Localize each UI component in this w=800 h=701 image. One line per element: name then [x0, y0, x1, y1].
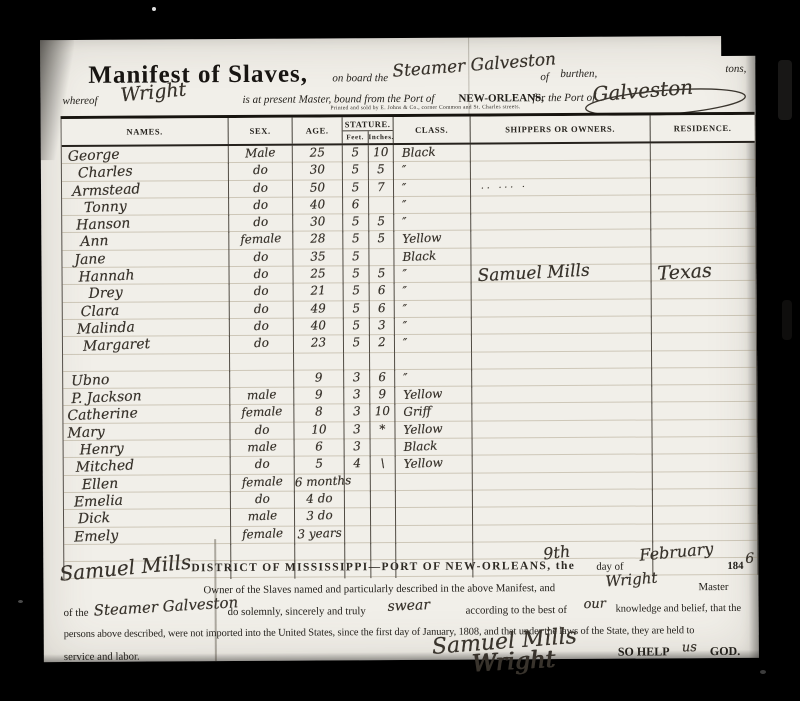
cell-feet: 5 — [343, 145, 369, 161]
cell-feet — [345, 508, 370, 509]
cell-feet: 4 — [344, 456, 370, 472]
cell-age: 6 — [294, 439, 344, 456]
cell-inches — [371, 491, 395, 492]
cell-feet — [345, 473, 370, 474]
cell-inches: 6 — [369, 283, 394, 299]
cell-class: ″ — [394, 264, 471, 282]
cell-class: Yellow — [395, 385, 472, 403]
column-header-names: NAMES. — [62, 118, 229, 145]
our-handwriting: our — [583, 596, 606, 612]
scanned-manifest-page: { "colors": { "background": "#000000", "… — [0, 0, 800, 701]
scan-noise-dot — [18, 600, 23, 603]
cell-class: Yellow — [395, 420, 472, 438]
cell-feet: 5 — [343, 179, 369, 195]
cell-class: Yellow — [395, 455, 472, 473]
column-header-residence: RESIDENCE. — [651, 115, 755, 142]
cell-inches — [369, 248, 393, 249]
table-header-row: NAMES. SEX. AGE. STATURE. Feet. Inches. … — [62, 115, 755, 147]
day-handwriting: 9th — [542, 542, 571, 564]
cell-inches — [370, 352, 394, 353]
cell-feet — [345, 543, 370, 544]
cell-name: Emely — [64, 528, 119, 545]
cell-inches: 7 — [369, 179, 394, 195]
master-line-post: for the Port of — [532, 92, 595, 104]
cell-class: ″ — [394, 161, 471, 179]
cell-name: Ellen — [64, 476, 119, 493]
us-handwriting: us — [682, 640, 698, 656]
cell-age: 9 — [294, 369, 344, 386]
cell-sex: Male — [229, 145, 293, 163]
scan-noise-dot — [152, 7, 156, 11]
cell-feet: 3 — [344, 439, 370, 455]
cell-feet: 3 — [344, 404, 370, 420]
cell-feet: 3 — [344, 387, 370, 403]
feet-label: Feet. — [343, 131, 369, 143]
cell-feet: 3 — [344, 422, 370, 438]
cell-age: 6 months — [295, 473, 345, 490]
cell-name: Catherine — [63, 407, 138, 425]
cell-feet — [344, 352, 369, 353]
cell-age: 4 do — [295, 490, 345, 507]
cell-name: Mary — [63, 425, 105, 442]
cell-name: Dick — [64, 511, 111, 528]
cell-sex: do — [231, 490, 295, 508]
scan-noise-patch — [778, 60, 792, 120]
cell-sex: do — [230, 318, 294, 336]
cell-age: 8 — [294, 404, 344, 421]
cell-feet: 5 — [343, 249, 369, 265]
cell-sex: do — [229, 162, 293, 180]
cell-name: Hanson — [62, 217, 131, 235]
stature-label: STATURE. — [343, 117, 393, 131]
cell-feet — [345, 491, 370, 492]
cell-age: 25 — [293, 266, 343, 283]
cell-name: Hannah — [62, 268, 135, 286]
cell-sex: do — [229, 300, 293, 318]
cell-age: 3 do — [295, 508, 345, 525]
cell-class: ″ — [395, 334, 472, 352]
cell-inches — [371, 473, 395, 474]
cell-inches: 10 — [369, 145, 394, 161]
cell-class: ″ — [394, 178, 471, 196]
cell-feet: 5 — [343, 300, 369, 316]
cell-inches: \ — [370, 456, 395, 472]
cell-class: Yellow — [394, 230, 471, 248]
scan-noise-dot — [760, 670, 766, 674]
whereof-label: whereof — [62, 95, 97, 107]
cell-feet: 3 — [344, 370, 370, 386]
district-line: DISTRICT OF MISSISSIPPI—PORT OF NEW-ORLE… — [191, 560, 575, 574]
cell-age: 10 — [294, 421, 344, 438]
so-help-label: SO HELP — [618, 644, 670, 659]
column-header-stature: STATURE. Feet. Inches. — [343, 117, 394, 143]
cell-age: 3 years — [295, 525, 345, 542]
cell-feet: 5 — [344, 318, 370, 334]
god-label: GOD. — [710, 644, 740, 659]
cell-feet: 5 — [343, 162, 369, 178]
cell-age: 25 — [293, 145, 343, 162]
tons-label: tons, — [725, 63, 746, 75]
cell-age — [294, 352, 343, 354]
inches-label: Inches. — [369, 131, 394, 143]
cell-sex: do — [229, 214, 293, 232]
on-board-label: on board the — [332, 72, 388, 84]
cell-inches: * — [370, 421, 395, 437]
cell-sex: do — [229, 196, 293, 214]
cell-inches: 5 — [369, 214, 394, 230]
cell-age: 40 — [293, 196, 343, 213]
cell-age: 30 — [293, 162, 343, 179]
cell-age: 28 — [293, 231, 343, 248]
cell-inches: 6 — [369, 300, 394, 316]
cell-inches: 5 — [369, 231, 394, 247]
cell-class: ″ — [394, 195, 471, 213]
cell-name: Tonny — [62, 199, 127, 217]
master-handwriting: Wright — [605, 569, 658, 591]
printer-imprint: Printed and sold by E. Johns & Co., corn… — [331, 104, 521, 111]
of-label: of — [540, 71, 549, 83]
cell-class: ″ — [395, 316, 472, 334]
knowledge-clause: knowledge and belief, that the — [616, 603, 742, 615]
owner-clause: Owner of the Slaves named and particular… — [203, 582, 555, 596]
cell-name: Armstead — [62, 182, 141, 200]
cell-name: Jane — [62, 252, 106, 269]
cell-residence: Texas — [651, 261, 756, 282]
service-labor-label: service and labor. — [64, 651, 140, 663]
cell-sex: do — [229, 248, 293, 266]
cell-class: Black — [394, 247, 471, 265]
cell-sex: do — [229, 266, 293, 284]
cell-feet: 5 — [343, 231, 369, 247]
cell-class: Griff — [395, 403, 472, 421]
cell-shippers: Samuel Mills — [471, 261, 651, 285]
cell-sex: male — [230, 387, 294, 405]
table-body: George Male 25 5 10 Black Charles do 30 … — [62, 143, 758, 580]
cell-sex: female — [231, 525, 295, 543]
master-label: Master — [698, 581, 728, 593]
cell-inches: 9 — [370, 387, 395, 403]
cell-class: Black — [394, 143, 471, 161]
burthen-label: burthen, — [560, 68, 597, 80]
document-paper: Manifest of Slaves, on board the Steamer… — [40, 36, 759, 662]
cell-inches — [371, 439, 395, 440]
cell-inches — [369, 197, 393, 198]
cell-name: Mitched — [63, 459, 134, 477]
year-printed: 184 — [727, 560, 743, 572]
column-header-sex: SEX. — [229, 118, 293, 144]
cell-age: 23 — [294, 335, 344, 352]
vessel-handwriting-2: Steamer Galveston — [93, 593, 238, 619]
master-name-handwriting: Wright — [120, 78, 188, 106]
cell-feet: 6 — [343, 197, 369, 213]
cell-sex: do — [229, 283, 293, 301]
cell-class: ″ — [394, 282, 471, 300]
cell-feet — [345, 525, 370, 526]
cell-name: Clara — [62, 303, 119, 320]
cell-feet: 5 — [343, 214, 369, 230]
solemnly-clause: do solemnly, sincerely and truly — [228, 605, 366, 618]
cell-name: Henry — [63, 442, 124, 459]
master-signature: Wright — [471, 645, 556, 678]
cell-name: Drey — [62, 286, 123, 303]
vessel-name-handwriting: Steamer Galveston — [392, 49, 557, 81]
swear-handwriting: swear — [387, 597, 430, 615]
cell-class: ″ — [395, 368, 472, 386]
destination-handwriting: Galveston — [592, 75, 694, 107]
cell-inches — [371, 525, 395, 526]
cell-class: ″ — [394, 212, 471, 230]
cell-name: Ubno — [63, 373, 110, 390]
of-the-label: of the — [64, 607, 89, 619]
cell-name: Emelia — [64, 494, 124, 511]
not-imported-clause: persons above described, were not import… — [64, 625, 695, 640]
cell-age: 35 — [293, 248, 343, 265]
cell-age: 50 — [293, 179, 343, 196]
cell-feet: 5 — [343, 266, 369, 282]
cell-class: Black — [395, 437, 472, 455]
column-header-age: AGE. — [293, 117, 343, 143]
cell-sex: do — [230, 335, 294, 353]
cell-name: Charles — [62, 165, 133, 183]
cell-shippers: ·· ··· · — [471, 175, 650, 197]
scan-noise-patch — [782, 300, 792, 340]
cell-sex: female — [229, 231, 293, 249]
cell-feet: 5 — [344, 335, 370, 351]
cell-inches: 5 — [369, 266, 394, 282]
column-header-class: CLASS. — [394, 117, 471, 143]
cell-name: Malinda — [63, 320, 136, 338]
column-header-shippers: SHIPPERS OR OWNERS. — [471, 115, 651, 142]
cell-inches: 10 — [370, 404, 395, 420]
cell-sex: female — [231, 473, 295, 491]
cell-sex: female — [230, 404, 294, 422]
cell-name: Ann — [62, 234, 109, 251]
cell-class: ″ — [394, 299, 471, 317]
cell-inches — [371, 542, 395, 543]
cell-sex: do — [230, 421, 294, 439]
year-digit-handwriting: 6 — [745, 551, 755, 567]
cell-age: 40 — [294, 317, 344, 334]
cell-feet: 5 — [343, 283, 369, 299]
cell-sex: male — [230, 439, 294, 457]
cell-inches: 3 — [370, 318, 395, 334]
cell-inches: 2 — [370, 335, 395, 351]
according-clause: according to the best of — [466, 604, 567, 617]
cell-age: 5 — [294, 456, 344, 473]
cell-age: 21 — [293, 283, 343, 300]
cell-age: 9 — [294, 387, 344, 404]
cell-inches: 5 — [369, 162, 394, 178]
port-from-label: NEW-ORLEANS, — [458, 92, 544, 105]
cell-sex: do — [230, 456, 294, 474]
cell-inches: 6 — [370, 369, 395, 385]
cell-age: 49 — [293, 300, 343, 317]
cell-name: Margaret — [63, 337, 151, 356]
cell-sex: do — [229, 179, 293, 197]
cell-sex: male — [231, 508, 295, 526]
manifest-table: NAMES. SEX. AGE. STATURE. Feet. Inches. … — [61, 115, 759, 580]
cell-name: George — [62, 148, 120, 165]
cell-age — [295, 542, 344, 544]
cell-age: 30 — [293, 214, 343, 231]
cell-inches — [371, 508, 395, 509]
